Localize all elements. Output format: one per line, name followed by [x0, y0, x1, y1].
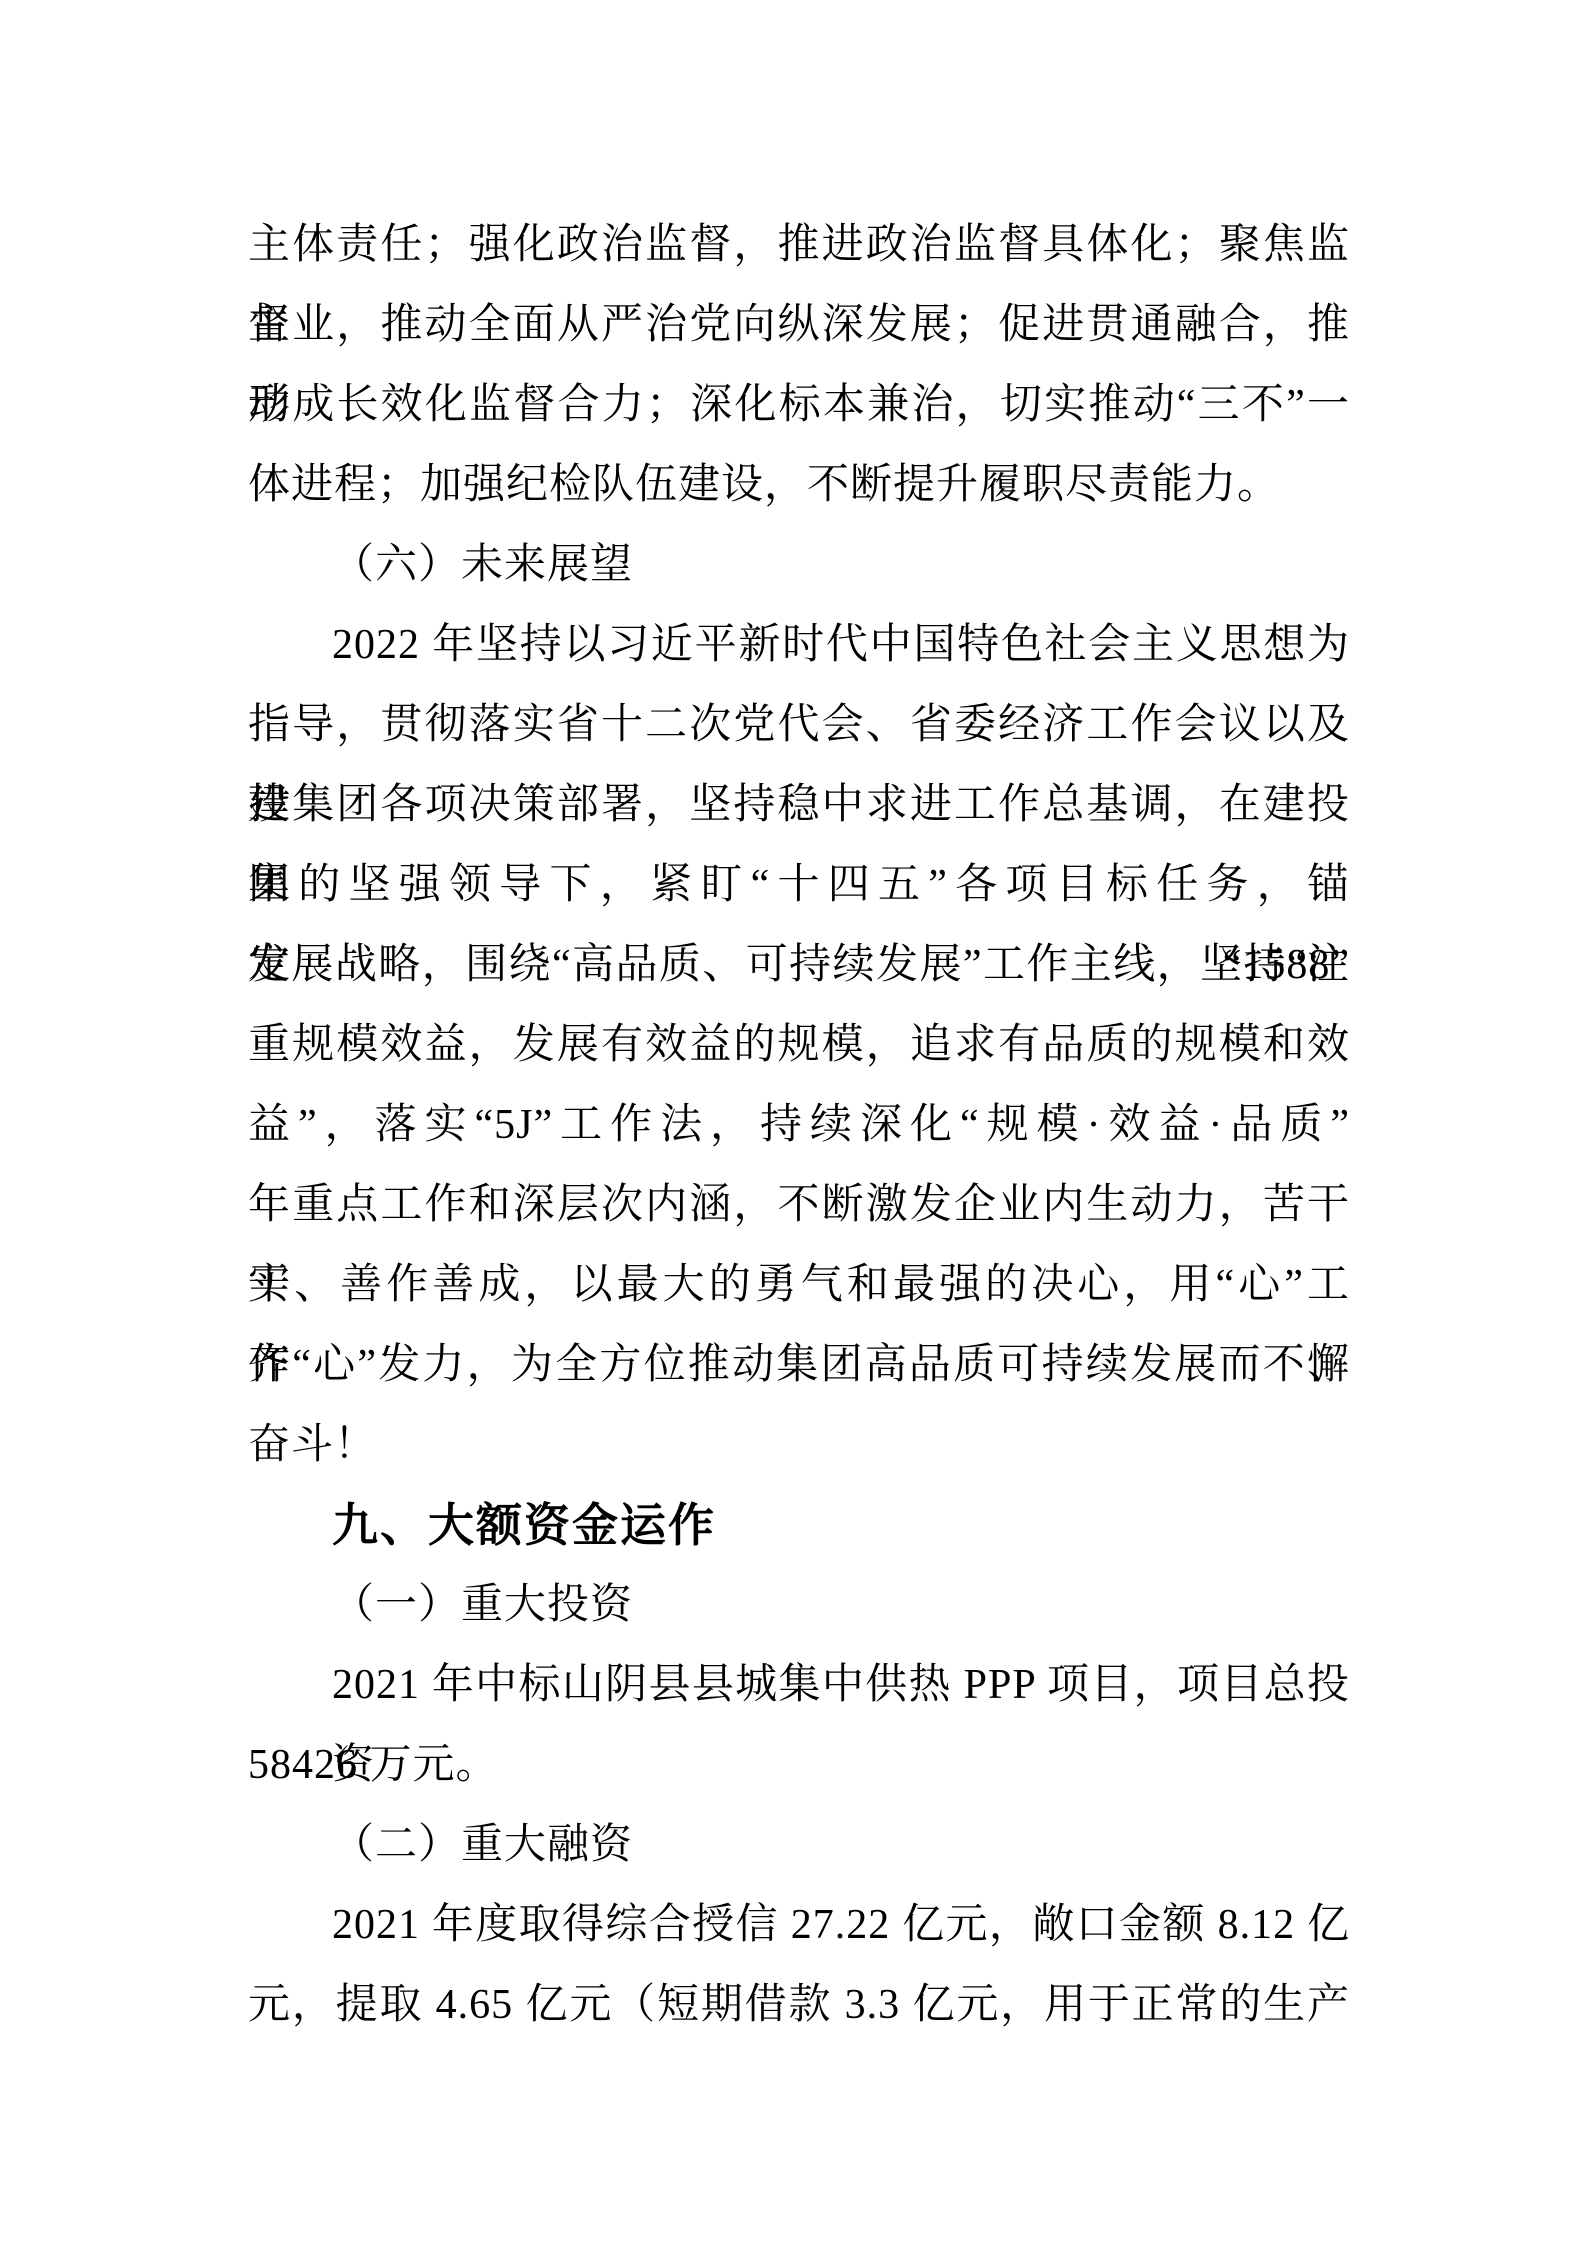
text-block: 主体责任；强化政治监督，推进政治监督具体化；聚焦监督 主业，推动全面从严治党向纵…: [248, 205, 1350, 2045]
body-line-paragraph-end: 58426 万元。: [248, 1725, 1350, 1805]
body-line: 团的坚强领导下，紧盯“十四五”各项目标任务，锚定“1588”: [248, 845, 1350, 925]
body-line-paragraph-end: 奋斗！: [248, 1405, 1350, 1485]
body-line: 主体责任；强化政治监督，推进政治监督具体化；聚焦监督: [248, 205, 1350, 285]
body-line: 形成长效化监督合力；深化标本兼治，切实推动“三不”一: [248, 365, 1350, 445]
body-line-paragraph-start: 2022 年坚持以习近平新时代中国特色社会主义思想为: [248, 605, 1350, 685]
body-line-paragraph-start: 2021 年度取得综合授信 27.22 亿元，敞口金额 8.12 亿: [248, 1885, 1350, 1965]
body-line-paragraph-start: 2021 年中标山阴县县城集中供热 PPP 项目，项目总投资: [248, 1645, 1350, 1725]
section-heading-major-funds-operation: 九、大额资金运作: [248, 1485, 1350, 1565]
body-line: 益”，落实“5J”工作法，持续深化“规模·效益·品质”: [248, 1085, 1350, 1165]
subsection-heading-major-investment: （一）重大投资: [248, 1565, 1350, 1645]
body-line: 投集团各项决策部署，坚持稳中求进工作总基调，在建投集: [248, 765, 1350, 845]
subsection-heading-major-financing: （二）重大融资: [248, 1805, 1350, 1885]
body-line: 重规模效益，发展有效益的规模，追求有品质的规模和效: [248, 1005, 1350, 1085]
body-line: 发展战略，围绕“高品质、可持续发展”工作主线，坚持“注: [248, 925, 1350, 1005]
body-line: 元，提取 4.65 亿元（短期借款 3.3 亿元，用于正常的生产: [248, 1965, 1350, 2045]
subsection-heading-future-outlook: （六）未来展望: [248, 525, 1350, 605]
body-line: 齐“心”发力，为全方位推动集团高品质可持续发展而不懈: [248, 1325, 1350, 1405]
body-line: 主业，推动全面从严治党向纵深发展；促进贯通融合，推动: [248, 285, 1350, 365]
body-line: 指导，贯彻落实省十二次党代会、省委经济工作会议以及建: [248, 685, 1350, 765]
body-line-paragraph-end: 体进程；加强纪检队伍建设，不断提升履职尽责能力。: [248, 445, 1350, 525]
body-line: 干、善作善成，以最大的勇气和最强的决心，用“心”工作、: [248, 1245, 1350, 1325]
body-line: 年重点工作和深层次内涵，不断激发企业内生动力，苦干实: [248, 1165, 1350, 1245]
document-page: 主体责任；强化政治监督，推进政治监督具体化；聚焦监督 主业，推动全面从严治党向纵…: [0, 0, 1587, 2245]
